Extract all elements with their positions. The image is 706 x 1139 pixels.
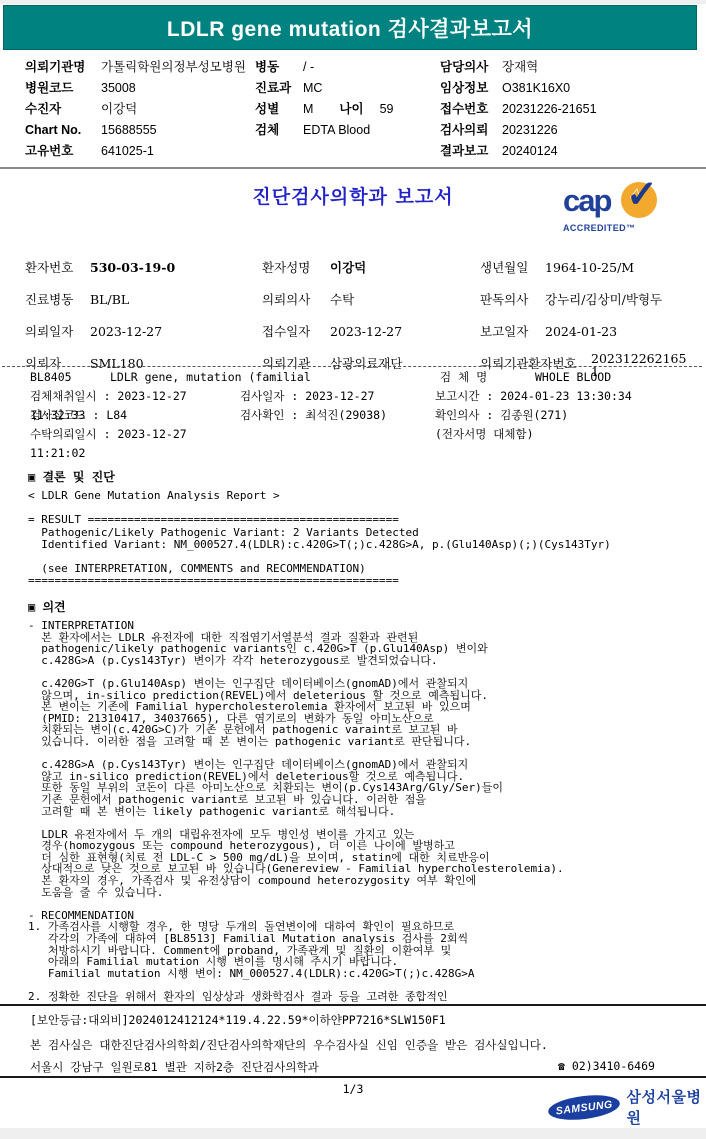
test-field: 검사실코드 : L84 [30, 406, 240, 425]
info-row: 고유번호 641025-1 결과보고 20240124 [0, 141, 706, 162]
patient-label: 환자번호 [25, 252, 90, 284]
info-label: 병원코드 [25, 78, 101, 99]
bottom-edge-strip [0, 1128, 706, 1139]
opinion-heading: ▣ 의견 [28, 598, 66, 615]
phone-icon: ☎ [558, 1059, 565, 1073]
patient-info-grid: 환자번호 530-03-19-0 환자성명 이강덕 생년월일 1964-10-2… [0, 252, 706, 380]
report-banner: LDLR gene mutation 검사결과보고서 [3, 5, 697, 50]
patient-label: 환자성명 [262, 252, 330, 284]
report-banner-title: LDLR gene mutation 검사결과보고서 [167, 13, 533, 43]
patient-value: 2023-12-27 [90, 316, 262, 348]
top-edge-strip [0, 0, 706, 4]
patient-label: 보고일자 [480, 316, 545, 348]
patient-value: 2024-01-23 [545, 316, 706, 348]
test-row: 수탁의뢰일시 : 2023-12-27 11:21:02 (전자서명 대체함) [0, 425, 706, 444]
info-value: 59 [380, 102, 394, 116]
cap-accredited-text: ACCREDITED™ [563, 223, 667, 233]
test-code: BL8405 [30, 367, 110, 387]
lab-phone: ☎ 02)3410-6469 [558, 1059, 655, 1073]
test-field [240, 425, 435, 463]
test-row: 검사실코드 : L84 검사확인 : 최석진(29038) 확인의사 : 김종원… [0, 406, 706, 425]
info-label: 나이 [339, 102, 363, 116]
conclusion-heading: ▣ 결론 및 진단 [28, 468, 115, 485]
info-label [255, 141, 303, 162]
test-row: BL8405 LDLR gene, mutation (familial 검 체… [0, 367, 706, 387]
patient-row: 진료병동 BL/BL 의뢰의사 수탁 판독의사 강누리/김상미/박형두 [0, 284, 706, 316]
patient-row: 의뢰일자 2023-12-27 접수일자 2023-12-27 보고일자 202… [0, 316, 706, 348]
info-label: 담당의사 [440, 57, 502, 78]
specimen-value: WHOLE BLOOD [535, 367, 706, 387]
info-value: 641025-1 [101, 141, 255, 162]
test-field: (전자서명 대체함) [435, 425, 706, 463]
info-label: 접수번호 [440, 99, 502, 120]
info-value [303, 141, 440, 162]
info-label: 검사의뢰 [440, 120, 502, 141]
info-value: 20231226 [502, 120, 706, 141]
info-label: 성별 [255, 99, 303, 120]
samsung-hospital-logo: SAMSUNG 삼성서울병원 [548, 1092, 706, 1122]
info-value: 15688555 [101, 120, 255, 141]
patient-label: 의뢰의사 [262, 284, 330, 316]
patient-row: 환자번호 530-03-19-0 환자성명 이강덕 생년월일 1964-10-2… [0, 252, 706, 284]
info-value: / - [303, 57, 440, 78]
interpretation-text: - INTERPRETATION 본 환자에서는 LDLR 유전자에 대한 직접… [28, 620, 564, 1003]
test-name: LDLR gene, mutation (familial [110, 367, 440, 387]
info-label: 결과보고 [440, 141, 502, 162]
info-value: MC [303, 78, 440, 99]
accreditation-note: 본 검사실은 대한진단검사의학회/진단검사의학재단의 우수검사실 신임 인증을 … [30, 1037, 548, 1053]
info-value: 장재혁 [502, 57, 706, 78]
hospital-name: 삼성서울병원 [626, 1086, 706, 1128]
info-label: 진료과 [255, 78, 303, 99]
samsung-logo-icon: SAMSUNG [547, 1091, 622, 1123]
info-label: 의뢰기관명 [25, 57, 101, 78]
info-label: Chart No. [25, 120, 101, 141]
header-info-table: 의뢰기관명 가톨릭학원의정부성모병원 병동 / - 담당의사 장재혁 병원코드 … [0, 57, 706, 162]
patient-label: 판독의사 [480, 284, 545, 316]
phone-number: 02)3410-6469 [572, 1059, 655, 1073]
test-field: 검사확인 : 최석진(29038) [240, 406, 435, 425]
cap-logo-text: cap [563, 183, 610, 219]
patient-value: 강누리/김상미/박형두 [545, 284, 706, 316]
info-value: M나이59 [303, 99, 440, 120]
info-label: 수진자 [25, 99, 101, 120]
info-value: O381K16X0 [502, 78, 706, 99]
patient-value: 530-03-19-0 [90, 252, 262, 284]
test-field: 수탁의뢰일시 : 2023-12-27 11:21:02 [30, 425, 240, 463]
report-page: LDLR gene mutation 검사결과보고서 의뢰기관명 가톨릭학원의정… [0, 0, 706, 1139]
info-value: EDTA Blood [303, 120, 440, 141]
patient-value: 1964-10-25/M [545, 252, 706, 284]
info-value: 20231226-21651 [502, 99, 706, 120]
patient-label: 진료병동 [25, 284, 90, 316]
patient-value: 2023-12-27 [330, 316, 480, 348]
test-row: 검체채취일시 : 2023-12-27 11:32:33 검사일자 : 2023… [0, 387, 706, 406]
security-classification: [보안등급:대외비]2024012412124*119.4.22.59*이하얀P… [30, 1012, 446, 1028]
samsung-logo-text: SAMSUNG [555, 1098, 613, 1117]
patient-value: 수탁 [330, 284, 480, 316]
specimen-label: 검 체 명 [440, 367, 535, 387]
info-value: 20240124 [502, 141, 706, 162]
test-field: 확인의사 : 김종원(271) [435, 406, 706, 425]
info-value: 가톨릭학원의정부성모병원 [101, 57, 255, 78]
info-row: 수진자 이강덕 성별 M나이59 접수번호 20231226-21651 [0, 99, 706, 120]
lab-address: 서울시 강남구 일원로81 별관 지하2층 진단검사의학과 [30, 1059, 319, 1075]
info-label: 고유번호 [25, 141, 101, 162]
checkmark-icon: ✓ [626, 172, 658, 217]
test-order-block: BL8405 LDLR gene, mutation (familial 검 체… [0, 366, 706, 444]
divider [0, 1076, 706, 1078]
patient-value: BL/BL [90, 284, 262, 316]
patient-label: 생년월일 [480, 252, 545, 284]
info-row: 의뢰기관명 가톨릭학원의정부성모병원 병동 / - 담당의사 장재혁 [0, 57, 706, 78]
cap-accredited-logo: cap △ ✓ ACCREDITED™ [563, 185, 667, 235]
info-label: 임상정보 [440, 78, 502, 99]
patient-value: 이강덕 [330, 252, 480, 284]
patient-label: 의뢰일자 [25, 316, 90, 348]
info-label: 병동 [255, 57, 303, 78]
cap-check-icon: △ ✓ [621, 182, 657, 218]
result-text: < LDLR Gene Mutation Analysis Report > =… [28, 490, 611, 588]
info-label: 검체 [255, 120, 303, 141]
info-value: 이강덕 [101, 99, 255, 120]
info-row: 병원코드 35008 진료과 MC 임상정보 O381K16X0 [0, 78, 706, 99]
divider [0, 1004, 706, 1006]
info-row: Chart No. 15688555 검체 EDTA Blood 검사의뢰 20… [0, 120, 706, 141]
patient-label: 접수일자 [262, 316, 330, 348]
divider [0, 167, 706, 169]
info-value: 35008 [101, 78, 255, 99]
